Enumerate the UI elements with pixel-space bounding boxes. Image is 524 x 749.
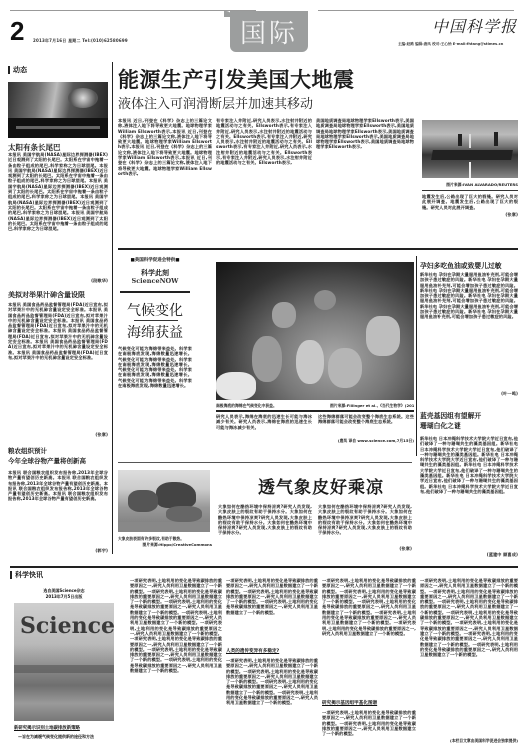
credit-fish-oil: (叶一鸣) xyxy=(490,391,518,396)
science-cover-image: Science xyxy=(14,603,114,721)
feature-headline-2: 海绵获益 xyxy=(118,322,192,342)
cover-label-2: 2013年7月5日出版 xyxy=(8,594,120,600)
article-body-apple-juice: 本报讯 美国食品药品监督管理局(FDA)近日宣布,拟对苹果汁中的无机砷含量设定安… xyxy=(8,302,108,407)
page-number: 2 xyxy=(10,18,24,44)
section-label-news: 动态 xyxy=(8,66,27,74)
feature-title-rule xyxy=(120,291,190,293)
article-title-apple-juice: 美拟对举果汁砷含量设限 xyxy=(8,290,85,300)
science-brief-col3-bottom: 一项研究表明,土地利用的变化是导致碳排放的重要原因之一,研究人员利用卫星数据建立… xyxy=(322,710,416,744)
science-brief-col2-bottom: 一项研究表明,土地利用的变化是导致碳排放的重要原因之一,研究人员利用卫星数据建立… xyxy=(226,658,318,744)
elephant-top-rule xyxy=(118,462,412,463)
lead-body-col3: 美国地质调查局地球物理学家Ellsworth表示,美国地质调查局地球物理学家El… xyxy=(316,118,414,246)
credit-apple-juice: (张章) xyxy=(80,432,108,437)
feature-source: (唐凤 译自 www.science.com,7月15日) xyxy=(318,438,414,444)
cover-subline: —旨在为减缓气候变化提供新的途径和方法 xyxy=(18,734,94,740)
feature-tagline: ■美国科学促进会特供■ xyxy=(118,257,192,263)
road-crack-photo xyxy=(422,120,518,178)
lead-subheadline: 液体注入可润滑断层并加速其移动 xyxy=(118,93,313,112)
editor-credits: 主编:赵路 编辑:唐凤 校对:王心怡 E-mail:fhtang@stimes.… xyxy=(398,42,503,47)
lead-photo-credit: 图片来源:IVAN ALVARADO/REUTERS xyxy=(432,182,518,188)
article-title-fish-oil: 孕妇多吃鱼油或致婴儿过敏 xyxy=(420,260,502,270)
lead-credit: (张章) xyxy=(500,212,518,217)
elephant-photo xyxy=(118,470,210,532)
elephant-headline: 透气象皮好乘凉 xyxy=(258,473,384,498)
article-title-grain-1: 粮农组织预计 xyxy=(8,446,47,455)
science-brief-col3-top: 一项研究表明,土地利用的变化是导致碳排放的重要原因之一,研究人员利用卫星数据建立… xyxy=(322,578,416,684)
lead-photo-rule xyxy=(422,190,518,191)
science-brief-col1: 一项研究表明,土地利用的变化是导致碳排放的重要原因之一,研究人员利用卫星数据建立… xyxy=(130,578,222,744)
science-brief-top-rule xyxy=(10,566,518,568)
masthead-rule-right xyxy=(318,10,514,11)
feature-body-mid: 研究人员表示,海绵在海底的迅速生长可能与海冰减少有关。研究人员表示,海绵在海底的… xyxy=(216,414,312,444)
lead-bottom-rule xyxy=(118,248,518,250)
feature-body-left: 气候变化可能为海绵带来益处。科学家在南极海底发现,海绵数量迅速增长。气候变化可能… xyxy=(118,346,192,426)
elephant-credit: (张章) xyxy=(390,546,412,551)
feature-column-name-en: ScienceNOW xyxy=(118,277,192,285)
lead-body-col2: 有专家注入井附近,研究人员表示,水注射井附近的地震活动与之有关。Ellswort… xyxy=(216,118,312,246)
lead-headline: 能源生产引发美国大地震 xyxy=(118,64,355,94)
elephant-body-col1: 大象如何在酷热环境中保持凉爽?研究人员发现,大象皮肤上的裂纹有助于保持水分。大象… xyxy=(218,504,312,552)
science-brief-col2-top: 一项研究表明,土地利用的变化是导致碳排放的重要原因之一,研究人员利用卫星数据建立… xyxy=(226,578,318,642)
section-label-science-brief: 科学快讯 xyxy=(10,571,43,579)
credit-sun-tail: (段歌华) xyxy=(80,278,108,283)
section-title: 国际 xyxy=(240,13,298,50)
masthead-rule-left xyxy=(10,10,256,11)
date-line: 2013年7月16日 星期二 Tel:(010)62580699 xyxy=(33,38,128,44)
article-title-grain-2: 今年全球谷物产量将创新高 xyxy=(8,456,86,465)
science-brief-subhead-1: 人类的遗传变异有多稳定? xyxy=(226,648,279,654)
section-tab: 国际 xyxy=(230,11,308,52)
cover-headline: 新研究揭示识别土地碳排放新策略 xyxy=(14,725,80,731)
sponge-photo-credit: 图片来源:Fillinger et al.,《当代生物学》(2013) xyxy=(330,403,414,409)
science-brief-subhead-2: 研究揭示基因组甲基化图谱 xyxy=(322,700,377,706)
feature-headline-1: 气候变化 xyxy=(118,300,192,320)
science-brief-col4: 一项研究表明,土地利用的变化是导致碳排放的重要原因之一,研究人员利用卫星数据建立… xyxy=(420,578,518,736)
article-title-coral-2: 珊瑚白化之谜 xyxy=(420,420,461,430)
sponge-photo-caption: 南极海底的海绵在气候变化中获益。 xyxy=(216,403,326,409)
article-body-sun-tail: 本报讯 美国宇航局(NASA)星际边界探测器(IBEX)近日观测到了太阳的长尾巴… xyxy=(8,152,108,278)
credit-coral: (蓝建中 顾喜成) xyxy=(470,552,518,557)
elephant-body-col2: 大象如何在酷热环境中保持凉爽?研究人员发现,大象皮肤上的裂纹有助于保持水分。大象… xyxy=(318,504,412,546)
sponge-photo xyxy=(216,262,414,400)
newspaper-brand: 中国科学报 xyxy=(432,14,517,37)
credit-grain: (郭宇) xyxy=(80,548,108,553)
column-rule-right xyxy=(416,256,417,456)
article-body-coral: 新华社电 日本冲绳科学技术大学院大学近日宣布,他们破译了一种与珊瑚共生的藻类基因… xyxy=(420,436,518,550)
feature-photo-rule xyxy=(216,410,414,412)
column-rule-left xyxy=(112,62,113,554)
science-brief-source: (本栏目文章由美国科学促进会独家提供) xyxy=(420,738,518,744)
sun-photo xyxy=(8,82,108,138)
article-body-grain: 本报讯 联合国粮农组织发布报告称,2013年全球谷物产量有望创历史新高。本报讯 … xyxy=(8,470,108,548)
feature-headline-rule xyxy=(134,320,178,321)
cover-title: Science xyxy=(20,613,114,639)
article-body-fish-oil: 新华社电 孕妇在孕期大量服用鱼油补充剂,可能会增加孩子患过敏症的风险。新华社电 … xyxy=(420,272,518,396)
article-title-coral-1: 蓝壳基因组有望解开 xyxy=(420,410,481,420)
elephant-photo-credit: 图片来源:Hippo/CreativeCommons xyxy=(118,542,212,548)
feature-body-right: 这些海绵群落可能会改变整个海底生态系统。这些海绵群落可能会改变整个海底生态系统。 xyxy=(318,414,414,438)
lead-body-col1: 本报讯 近日,刊登在《科学》杂志上的三篇论文称,液体注入地下将导致更大地震。地球… xyxy=(118,118,212,246)
